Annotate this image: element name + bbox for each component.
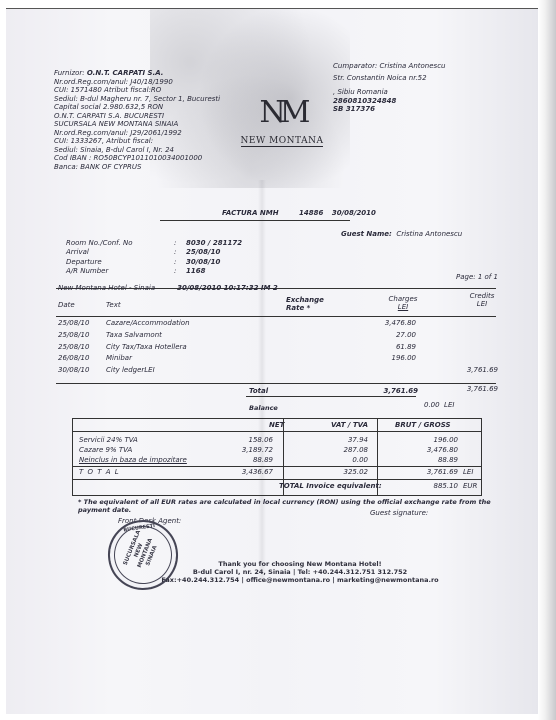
invoice-title: FACTURA NMH 14886 30/08/2010	[222, 209, 394, 217]
supplier-line: Nr.ord.Reg.com/anul: J40/18/1990	[54, 78, 239, 87]
supplier-line: Nr.ord.Reg.com/anul: J29/2061/1992	[54, 129, 239, 138]
vat-row: Neinclus in baza de impozitare88.890.008…	[73, 456, 481, 466]
buyer-line: , Sibiu Romania	[333, 88, 503, 97]
col-exchange: ExchangeRate *	[286, 296, 324, 312]
paper-fold	[258, 180, 266, 580]
total-label: Total	[249, 387, 268, 395]
col-text: Text	[106, 301, 121, 309]
footer: Thank you for choosing New Montana Hotel…	[150, 560, 450, 584]
supplier-line: SUCURSALA NEW MONTANA SINAIA	[54, 120, 239, 129]
footer-address: B-dul Carol I, nr. 24, Sinaia | Tel: +40…	[150, 568, 450, 576]
footer-contact: Fax:+40.244.312.754 | office@newmontana.…	[150, 576, 450, 584]
supplier-block: Furnizor: O.N.T. CARPATI S.A. Nr.ord.Reg…	[54, 69, 239, 171]
stay-row: Departure:30/08/10	[66, 257, 242, 267]
columns-rule	[56, 316, 496, 317]
logo-name: NEW MONTANA	[241, 136, 324, 147]
line-item: 30/08/10City ledgerLEI3,761.69	[58, 366, 518, 378]
buyer-name: Cristina Antonescu	[380, 62, 446, 70]
stay-row: Arrival:25/08/10	[66, 248, 242, 258]
supplier-line: CUI: 1333267, Atribut fiscal:	[54, 137, 239, 146]
supplier-line: Sediul: B-dul Magheru nr. 7, Sector 1, B…	[54, 95, 239, 104]
buyer-line: SB 317376	[333, 105, 503, 114]
supplier-name-line: Furnizor: O.N.T. CARPATI S.A.	[54, 69, 239, 78]
col-date: Date	[58, 301, 75, 309]
total-credits: 3,761.69	[440, 385, 498, 393]
hotel-logo: NM NEW MONTANA	[232, 98, 332, 147]
guest-name-line: Guest Name: Cristina Antonescu	[341, 230, 462, 238]
buyer-name-line: Cumparator: Cristina Antonescu	[333, 62, 503, 71]
guest-name: Cristina Antonescu	[396, 230, 462, 238]
page-edge-shadow	[538, 0, 556, 720]
vat-rule	[73, 466, 481, 467]
vat-header-gross: BRUT / GROSS	[395, 421, 451, 429]
supplier-line: Capital social 2.980.632,5 RON	[54, 103, 239, 112]
supplier-line: O.N.T. CARPATI S.A. BUCURESTI	[54, 112, 239, 121]
vat-row: Cazare 9% TVA3,189.72287.083,476.80	[73, 446, 481, 456]
vat-total-row: T O T A L3,436.67325.023,761.69LEI	[73, 468, 481, 478]
page-number: Page: 1 of 1	[456, 273, 498, 281]
exchange-footnote: * The equivalent of all EUR rates are ca…	[78, 498, 498, 514]
line-item: 25/08/10Cazare/Accommodation3,476.80	[58, 319, 518, 331]
title-rule	[160, 220, 350, 221]
stay-row: A/R Number:1168	[66, 267, 242, 277]
buyer-line: Str. Constantin Noica nr.52	[333, 74, 503, 83]
line-item: 26/08/10Minibar196.00	[58, 354, 518, 366]
vat-rule	[73, 431, 481, 432]
stay-row: Room No./Conf. No:8030 / 281172	[66, 238, 242, 248]
supplier-line: Sediul: Sinaia, B-dul Carol I, Nr. 24	[54, 146, 239, 155]
logo-monogram: NM	[232, 98, 332, 128]
col-charges: ChargesLEI	[383, 295, 423, 311]
vat-equivalent-row: TOTAL Invoice equivalent:885.10EUR	[73, 482, 481, 492]
print-timestamp: 30/08/2010 10:17:32 IM 2	[177, 284, 278, 292]
line-items: 25/08/10Cazare/Accommodation3,476.80 25/…	[58, 319, 518, 378]
supplier-line: CUI: 1571480 Atribut fiscal:RO	[54, 86, 239, 95]
buyer-block: Cumparator: Cristina Antonescu Str. Cons…	[333, 62, 503, 114]
hotel-line: New Montana Hotel - Sinaia30/08/2010 10:…	[58, 284, 278, 292]
buyer-line: 2860810324848	[333, 97, 503, 106]
footer-thanks: Thank you for choosing New Montana Hotel…	[150, 560, 450, 568]
total-charges: 3,761.69	[360, 387, 418, 395]
guest-signature-label: Guest signature:	[370, 509, 428, 517]
line-item: 25/08/10Taxa Salvamont27.00	[58, 331, 518, 343]
invoice-date: 30/08/2010	[332, 209, 376, 217]
items-rule	[56, 383, 496, 384]
col-credits: CreditsLEI	[462, 292, 502, 308]
invoice-number: 14886	[299, 209, 323, 217]
balance-label: Balance	[249, 404, 278, 412]
invoice-type: FACTURA NMH	[222, 209, 279, 217]
vat-row: Servicii 24% TVA158.0637.94196.00	[73, 436, 481, 446]
vat-rule	[73, 479, 481, 480]
supplier-line: Banca: BANK OF CYPRUS	[54, 163, 239, 172]
vat-summary-table: NET VAT / TVA BRUT / GROSS Servicii 24% …	[72, 418, 482, 496]
supplier-line: Cod IBAN : RO50BCYP1011010034001000	[54, 154, 239, 163]
hotel-name: New Montana Hotel - Sinaia	[58, 284, 155, 292]
balance-value: 0.00 LEI	[424, 401, 454, 409]
vat-header-vat: VAT / TVA	[331, 421, 368, 429]
line-item: 25/08/10City Tax/Taxa Hotellera61.89	[58, 343, 518, 355]
supplier-name: O.N.T. CARPATI S.A.	[87, 69, 164, 77]
total-rule	[246, 396, 416, 397]
stay-details: Room No./Conf. No:8030 / 281172 Arrival:…	[66, 238, 242, 276]
